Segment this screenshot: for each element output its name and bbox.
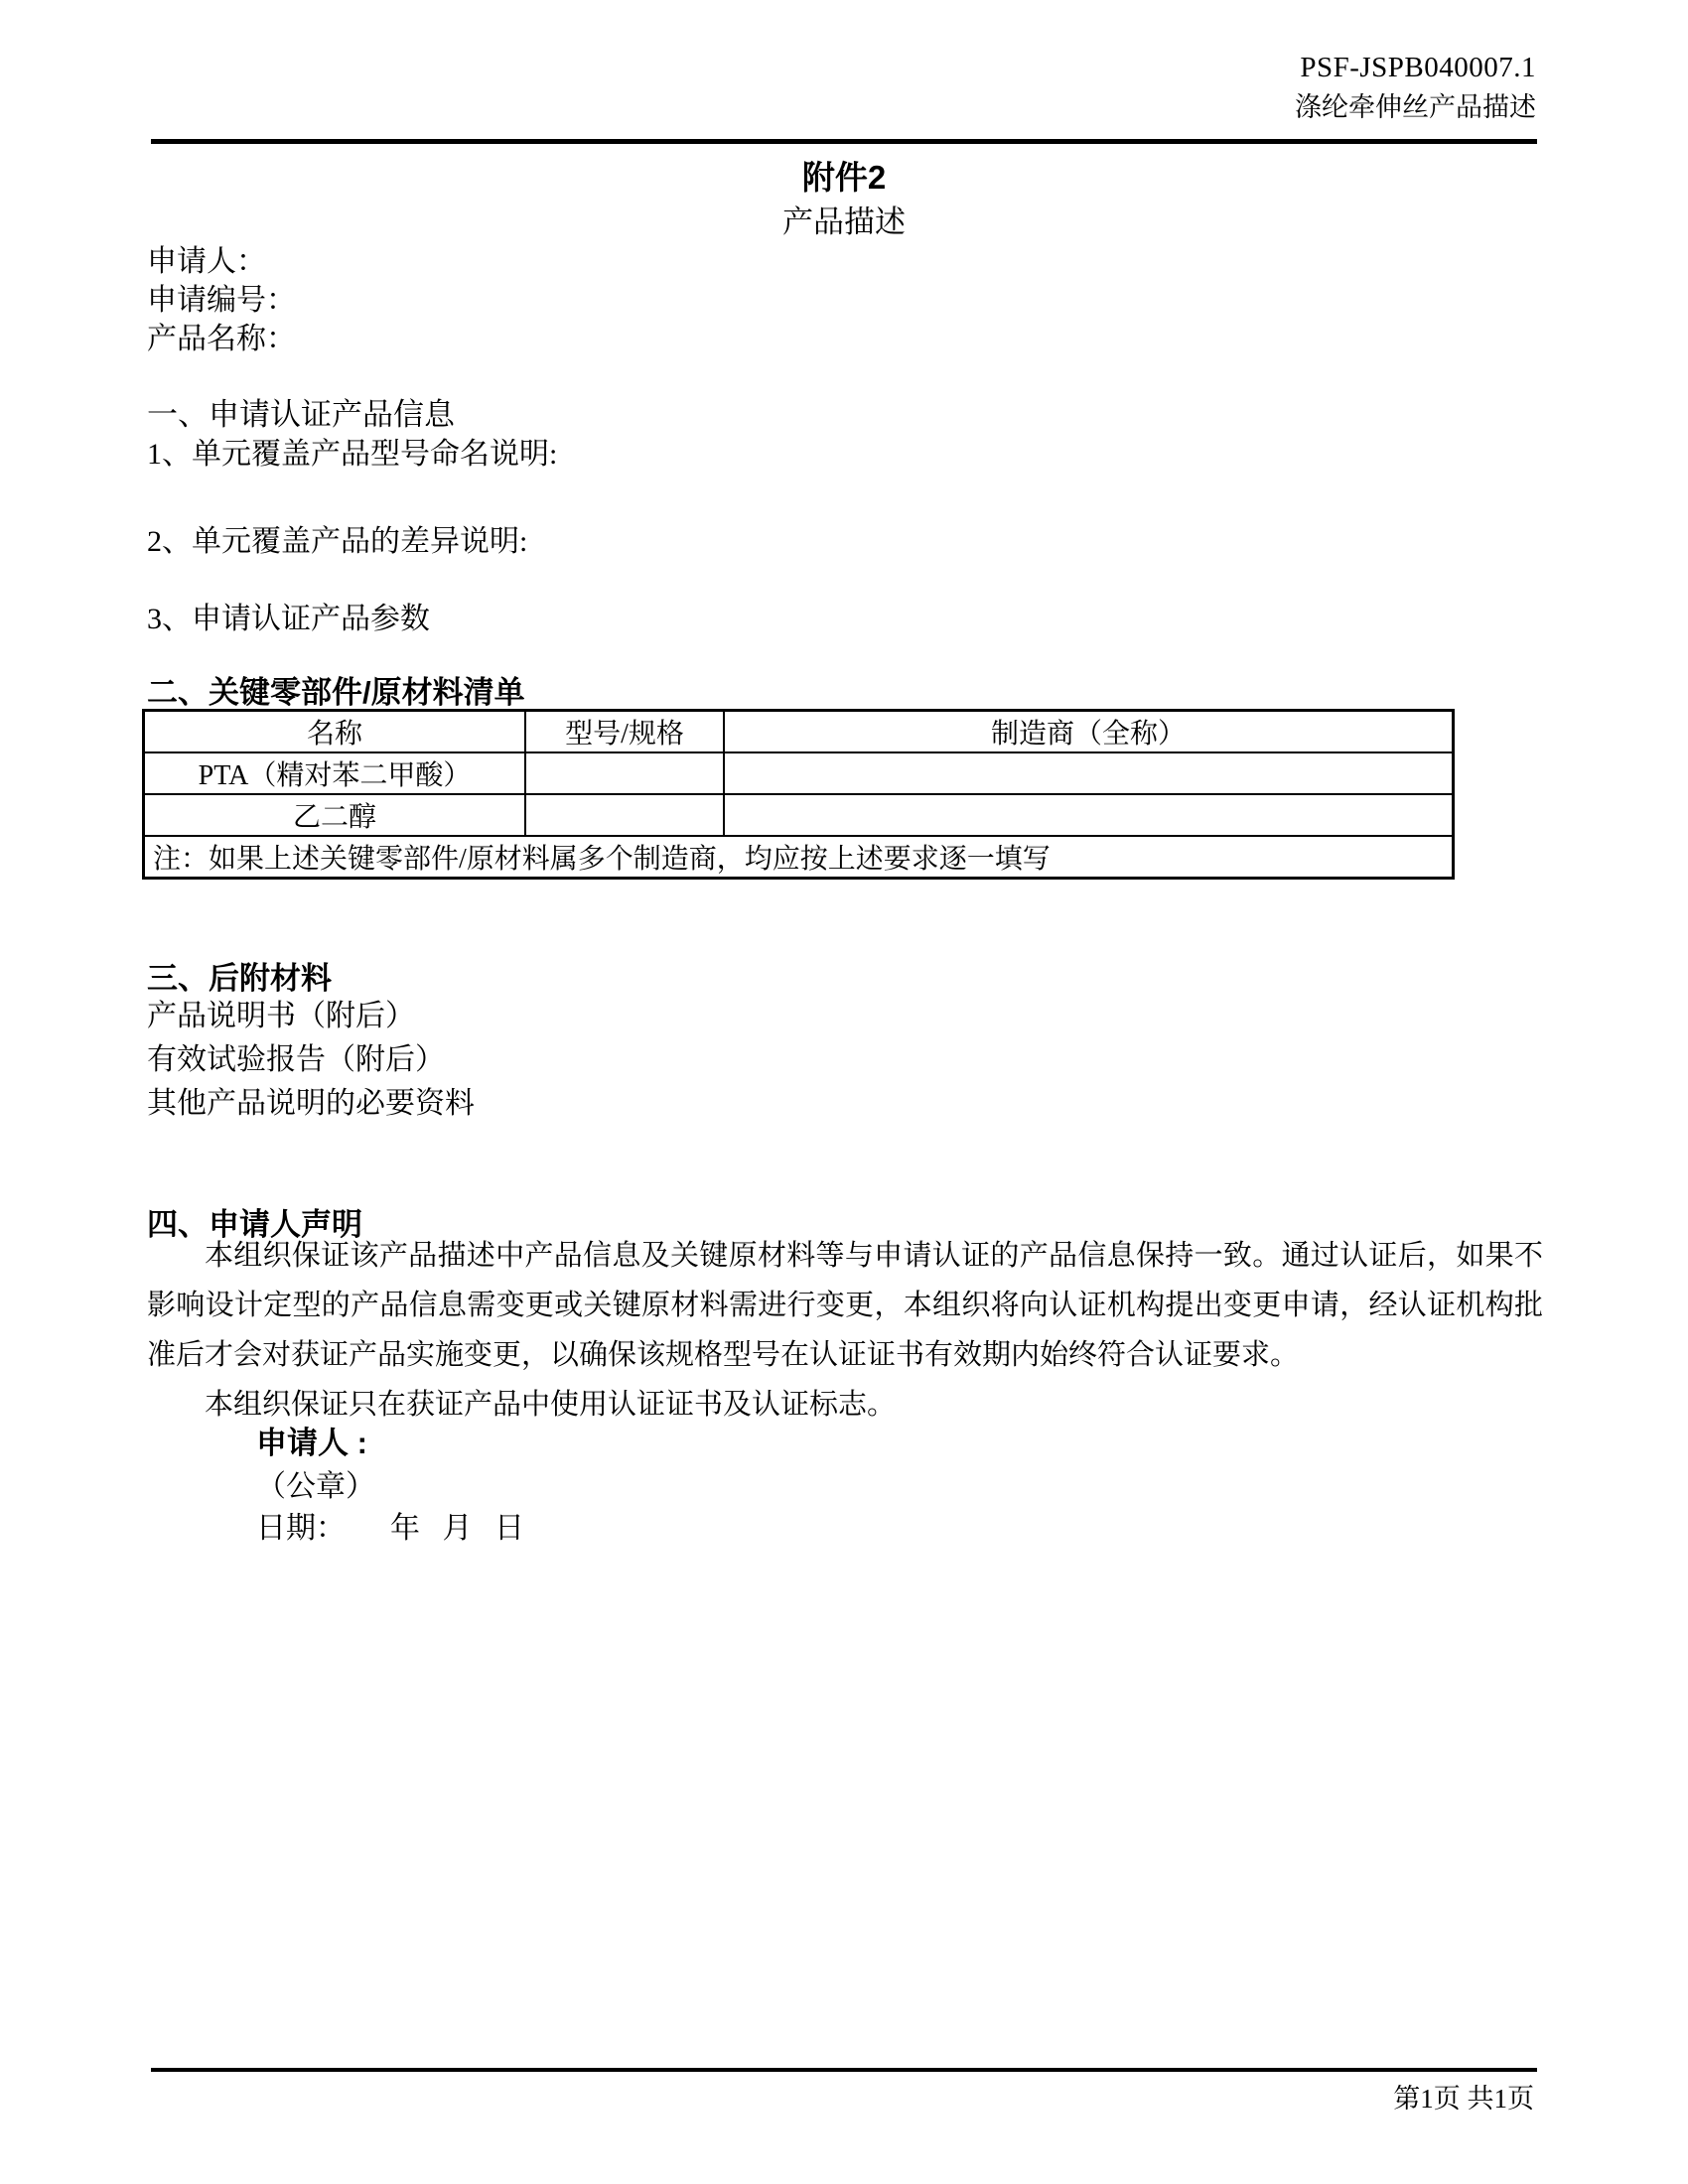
page-header: PSF-JSPB040007.1 涤纶牵伸丝产品描述 bbox=[1295, 48, 1536, 127]
header-rule bbox=[151, 139, 1537, 144]
table-row: PTA（精对苯二甲酸） bbox=[144, 752, 1454, 794]
product-name-field-label: 产品名称： bbox=[147, 320, 296, 358]
table-header-model: 型号/规格 bbox=[525, 711, 724, 753]
document-subtitle: 涤纶牵伸丝产品描述 bbox=[1295, 87, 1536, 127]
table-header-row: 名称 型号/规格 制造商（全称） bbox=[144, 711, 1454, 753]
table-note: 注：如果上述关键零部件/原材料属多个制造商，均应按上述要求逐一填写 bbox=[144, 836, 1454, 879]
table-cell-model bbox=[525, 794, 724, 836]
page-title: 产品描述 bbox=[0, 197, 1688, 241]
page-number: 第1页 共1页 bbox=[1393, 2077, 1534, 2116]
table-cell-manufacturer bbox=[724, 752, 1454, 794]
table-header-name: 名称 bbox=[144, 711, 526, 753]
section1-item-3: 3、申请认证产品参数 bbox=[147, 594, 430, 637]
signature-seal-label: （公章） bbox=[256, 1461, 375, 1505]
applicant-field-label: 申请人： bbox=[147, 242, 296, 281]
attachment-title: 附件2 bbox=[0, 152, 1688, 199]
table-cell-manufacturer bbox=[724, 794, 1454, 836]
application-fields: 申请人： 申请编号： 产品名称： bbox=[147, 242, 296, 358]
section1-heading: 一、申请认证产品信息 bbox=[147, 389, 455, 434]
footer-rule bbox=[151, 2068, 1537, 2072]
table-cell-name: PTA（精对苯二甲酸） bbox=[144, 752, 526, 794]
declaration-paragraph-1: 本组织保证该产品描述中产品信息及关键原材料等与申请认证的产品信息保持一致。通过认… bbox=[147, 1231, 1543, 1380]
section1-item-2: 2、单元覆盖产品的差异说明: bbox=[147, 516, 527, 560]
document-page: PSF-JSPB040007.1 涤纶牵伸丝产品描述 附件2 产品描述 申请人：… bbox=[0, 0, 1688, 2184]
table-cell-model bbox=[525, 752, 724, 794]
table-row: 乙二醇 bbox=[144, 794, 1454, 836]
section2-heading: 二、关键零部件/原材料清单 bbox=[147, 667, 525, 712]
attached-material-3: 其他产品说明的必要资料 bbox=[147, 1082, 475, 1126]
attached-materials-list: 产品说明书（附后） 有效试验报告（附后） 其他产品说明的必要资料 bbox=[147, 995, 475, 1126]
table-note-row: 注：如果上述关键零部件/原材料属多个制造商，均应按上述要求逐一填写 bbox=[144, 836, 1454, 879]
section1-item-1: 1、单元覆盖产品型号命名说明: bbox=[147, 429, 557, 473]
signature-applicant-label: 申请人 : bbox=[256, 1418, 367, 1462]
attached-material-1: 产品说明书（附后） bbox=[147, 995, 475, 1038]
signature-date-line: 日期： 年 月 日 bbox=[256, 1503, 524, 1547]
application-no-field-label: 申请编号： bbox=[147, 281, 296, 320]
section3-heading: 三、后附材料 bbox=[147, 953, 332, 998]
document-code: PSF-JSPB040007.1 bbox=[1295, 48, 1536, 87]
table-cell-name: 乙二醇 bbox=[144, 794, 526, 836]
declaration-text: 本组织保证该产品描述中产品信息及关键原材料等与申请认证的产品信息保持一致。通过认… bbox=[147, 1231, 1543, 1430]
attached-material-2: 有效试验报告（附后） bbox=[147, 1038, 475, 1082]
table-header-manufacturer: 制造商（全称） bbox=[724, 711, 1454, 753]
key-parts-table: 名称 型号/规格 制造商（全称） PTA（精对苯二甲酸） 乙二醇 注：如果上述关… bbox=[142, 709, 1455, 880]
